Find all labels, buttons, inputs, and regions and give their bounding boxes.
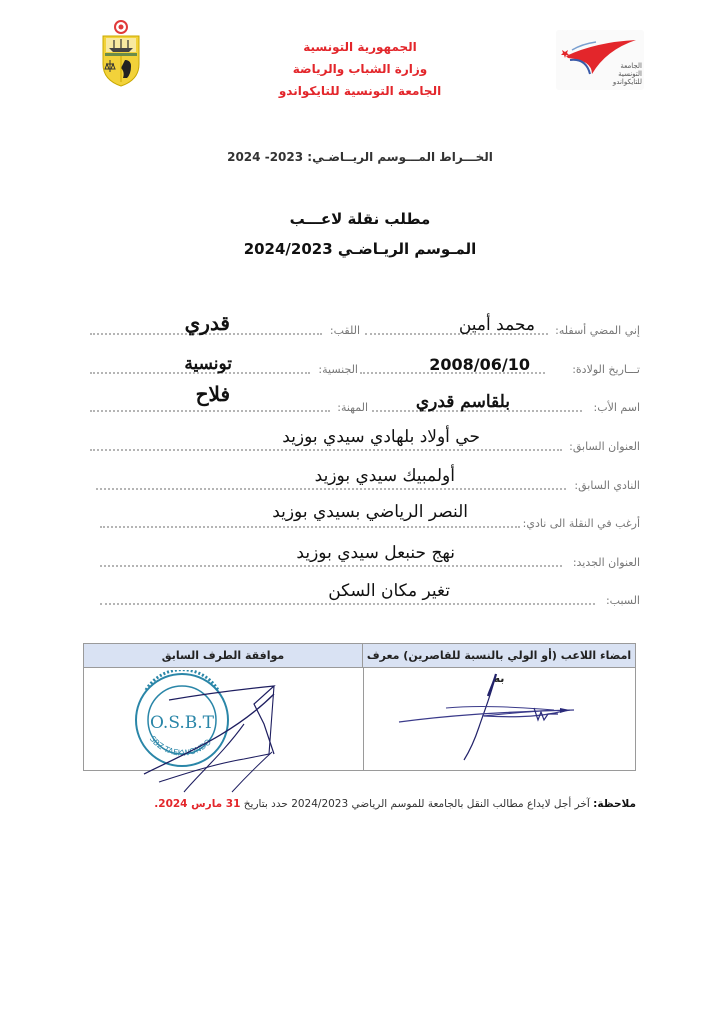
form-row-previous-address: العنوان السابق: حي أولاد بلهادي سيدي بوز… [90, 429, 640, 453]
deadline-note: ملاحظة: آخر أجل لايداع مطالب النقل بالجا… [160, 798, 636, 810]
field-value-first-name[interactable]: محمد أمين [459, 315, 535, 335]
field-value-surname[interactable]: قدري [185, 311, 230, 335]
page-title: مطلب نقلة لاعـــب [200, 210, 520, 228]
field-value-new-address[interactable]: نهج حنبعل سيدي بوزيد [296, 543, 455, 563]
field-value-previous-club[interactable]: أولمبيك سيدي بوزيد [315, 466, 455, 486]
season-subtitle: المـوسم الريـاضـي 2024/2023 [200, 240, 520, 258]
federation-logo-text: الجامعة [620, 62, 642, 70]
field-label-previous-address: العنوان السابق: [569, 440, 640, 453]
field-value-previous-address[interactable]: حي أولاد بلهادي سيدي بوزيد [282, 427, 480, 447]
field-label-new-club: أرغب في النقلة الى نادي: [523, 517, 640, 530]
header-line-ministry: وزارة الشباب والرياضة [250, 58, 470, 80]
svg-text:للتايكواندو: للتايكواندو [612, 78, 642, 86]
federation-logo: الجامعة التونسية للتايكواندو [556, 30, 644, 90]
field-value-father-name[interactable]: بلقاسم قدري [416, 392, 510, 412]
note-text: آخر أجل لايداع مطالب النقل بالجامعة للمو… [244, 798, 590, 810]
dotted-line [90, 449, 562, 451]
header-line-republic: الجمهورية التونسية [250, 36, 470, 58]
field-label-surname: اللقب: [330, 324, 360, 337]
player-signature-header: امضاء اللاعب (أو الولي بالنسبة للقاصرين)… [363, 644, 635, 668]
form-row-new-address: العنوان الجديد: نهج حنبعل سيدي بوزيد [90, 545, 640, 569]
signature-table: امضاء اللاعب (أو الولي بالنسبة للقاصرين)… [83, 643, 636, 771]
note-label: ملاحظة: [593, 798, 636, 810]
dotted-line [100, 526, 520, 528]
form-row-birth: تـــاريخ الولادة: 2008/06/10 الجنسية: تو… [90, 352, 640, 376]
field-label-undersigned: إني المضي أسفله: [555, 324, 640, 337]
dotted-line [96, 488, 566, 490]
issuing-authority-header: الجمهورية التونسية وزارة الشباب والرياضة… [250, 36, 470, 102]
field-label-new-address: العنوان الجديد: [573, 556, 640, 569]
column-divider [363, 668, 364, 770]
dotted-line [100, 565, 562, 567]
field-label-reason: السبب: [606, 594, 640, 607]
form-row-new-club: أرغب في النقلة الى نادي: النصر الرياضي ب… [90, 506, 640, 530]
field-value-profession[interactable]: فلاح [196, 382, 230, 406]
previous-party-signature [124, 664, 294, 794]
field-label-previous-club: النادي السابق: [574, 479, 640, 492]
field-value-birth-date[interactable]: 2008/06/10 [429, 355, 530, 374]
field-value-new-club[interactable]: النصر الرياضي بسيدي بوزيد [272, 502, 468, 522]
field-label-birth-date: تـــاريخ الولادة: [572, 363, 640, 376]
player-signature [384, 672, 584, 762]
svg-text:التونسية: التونسية [618, 70, 642, 78]
note-deadline: 31 مارس 2024. [154, 798, 240, 810]
field-label-nationality: الجنسية: [318, 363, 358, 376]
dotted-line [90, 410, 330, 412]
field-label-father-name: اسم الأب: [594, 401, 640, 414]
tunisia-coat-of-arms-logo [97, 20, 145, 88]
field-value-nationality[interactable]: تونسية [184, 354, 232, 374]
form-row-previous-club: النادي السابق: أولمبيك سيدي بوزيد [90, 468, 640, 492]
header-line-federation: الجامعة التونسية للتايكواندو [250, 80, 470, 102]
form-row-reason: السبب: تغير مكان السكن [90, 583, 640, 607]
field-value-reason[interactable]: تغير مكان السكن [328, 581, 450, 601]
form-row-father: اسم الأب: بلقاسم قدري المهنة: فلاح [90, 390, 640, 414]
sports-calendar-line: الخـــراط المـــوسم الريــاضـي: 2023- 20… [200, 150, 520, 164]
form-row-name: إني المضي أسفله: محمد أمين اللقب: قدري [90, 313, 640, 337]
dotted-line [100, 603, 595, 605]
field-label-profession: المهنة: [337, 401, 368, 414]
